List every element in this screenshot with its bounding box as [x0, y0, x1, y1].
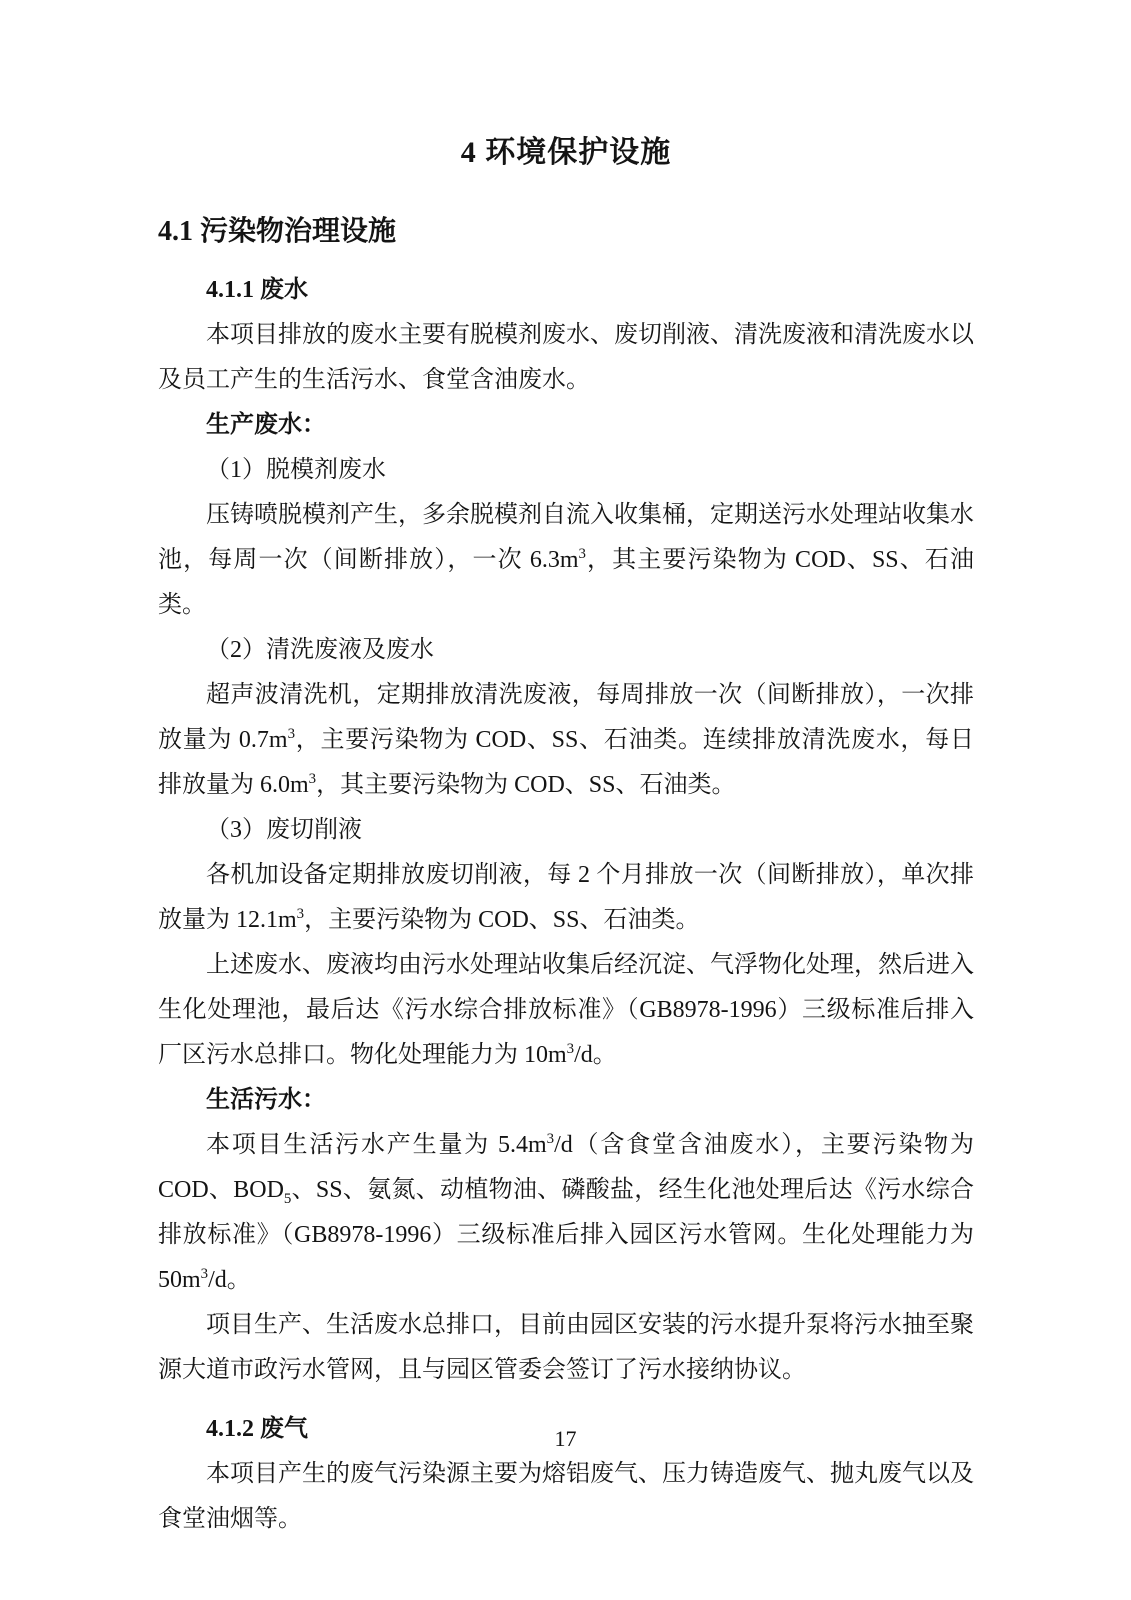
- text-run: 4.1 污染物治理设施: [158, 216, 396, 247]
- para-domestic-sewage: 本项目生活污水产生量为 5.4m3/d（含食堂含油废水），主要污染物为 COD、…: [158, 1123, 974, 1303]
- para-cleaning-wastewater: 超声波清洗机，定期排放清洗废液，每周排放一次（间断排放），一次排放量为 0.7m…: [158, 673, 974, 808]
- para-waste-gas-intro: 本项目产生的废气污染源主要为熔铝废气、压力铸造废气、抛丸废气以及食堂油烟等。: [158, 1452, 974, 1542]
- text-run: （1）脱模剂废水: [206, 457, 386, 483]
- item-1-heading: （1）脱模剂废水: [158, 448, 974, 493]
- para-wastewater-intro: 本项目排放的废水主要有脱模剂废水、废切削液、清洗废液和清洗废水以及员工产生的生活…: [158, 313, 974, 403]
- superscript: 3: [201, 1266, 208, 1282]
- section-4-1-heading: 4.1 污染物治理设施: [158, 210, 974, 254]
- text-run: /d。: [208, 1267, 251, 1293]
- text-run: 生活污水：: [206, 1087, 326, 1113]
- text-run: 本项目生活污水产生量为 5.4m: [206, 1132, 547, 1158]
- superscript: 3: [578, 546, 585, 562]
- label-domestic-sewage: 生活污水：: [158, 1078, 974, 1123]
- para-release-agent-wastewater: 压铸喷脱模剂产生，多余脱模剂自流入收集桶，定期送污水处理站收集水池，每周一次（间…: [158, 493, 974, 628]
- superscript: 3: [297, 906, 304, 922]
- para-cutting-fluid: 各机加设备定期排放废切削液，每 2 个月排放一次（间断排放），单次排放量为 12…: [158, 853, 974, 943]
- text-run: ，主要污染物为 COD、SS、石油类。: [304, 907, 699, 933]
- para-treatment-summary: 上述废水、废液均由污水处理站收集后经沉淀、气浮物化处理，然后进入生化处理池，最后…: [158, 943, 974, 1078]
- text-run: 项目生产、生活废水总排口，目前由园区安装的污水提升泵将污水抽至聚源大道市政污水管…: [158, 1312, 974, 1383]
- chapter-title: 4 环境保护设施: [158, 130, 974, 176]
- text-run: /d。: [574, 1042, 617, 1068]
- text-run: （3）废切削液: [206, 817, 362, 843]
- text-run: 4 环境保护设施: [461, 136, 672, 169]
- page-number: 17: [0, 1424, 1131, 1454]
- superscript: 3: [547, 1131, 554, 1147]
- superscript: 3: [288, 726, 295, 742]
- item-2-heading: （2）清洗废液及废水: [158, 628, 974, 673]
- superscript: 3: [309, 771, 316, 787]
- label-production-wastewater: 生产废水：: [158, 403, 974, 448]
- text-run: 4.1.1 废水: [206, 277, 308, 303]
- section-4-1-1-heading: 4.1.1 废水: [158, 268, 974, 313]
- superscript: 3: [567, 1041, 574, 1057]
- document-body: 4 环境保护设施4.1 污染物治理设施4.1.1 废水本项目排放的废水主要有脱模…: [158, 130, 974, 1542]
- text-run: （2）清洗废液及废水: [206, 637, 434, 663]
- item-3-heading: （3）废切削液: [158, 808, 974, 853]
- text-run: 本项目产生的废气污染源主要为熔铝废气、压力铸造废气、抛丸废气以及食堂油烟等。: [158, 1461, 974, 1532]
- text-run: 本项目排放的废水主要有脱模剂废水、废切削液、清洗废液和清洗废水以及员工产生的生活…: [158, 322, 974, 393]
- para-outfall: 项目生产、生活废水总排口，目前由园区安装的污水提升泵将污水抽至聚源大道市政污水管…: [158, 1303, 974, 1393]
- text-run: 生产废水：: [206, 412, 326, 438]
- document-page: 4 环境保护设施4.1 污染物治理设施4.1.1 废水本项目排放的废水主要有脱模…: [0, 0, 1131, 1600]
- text-run: ，其主要污染物为 COD、SS、石油类。: [316, 772, 735, 798]
